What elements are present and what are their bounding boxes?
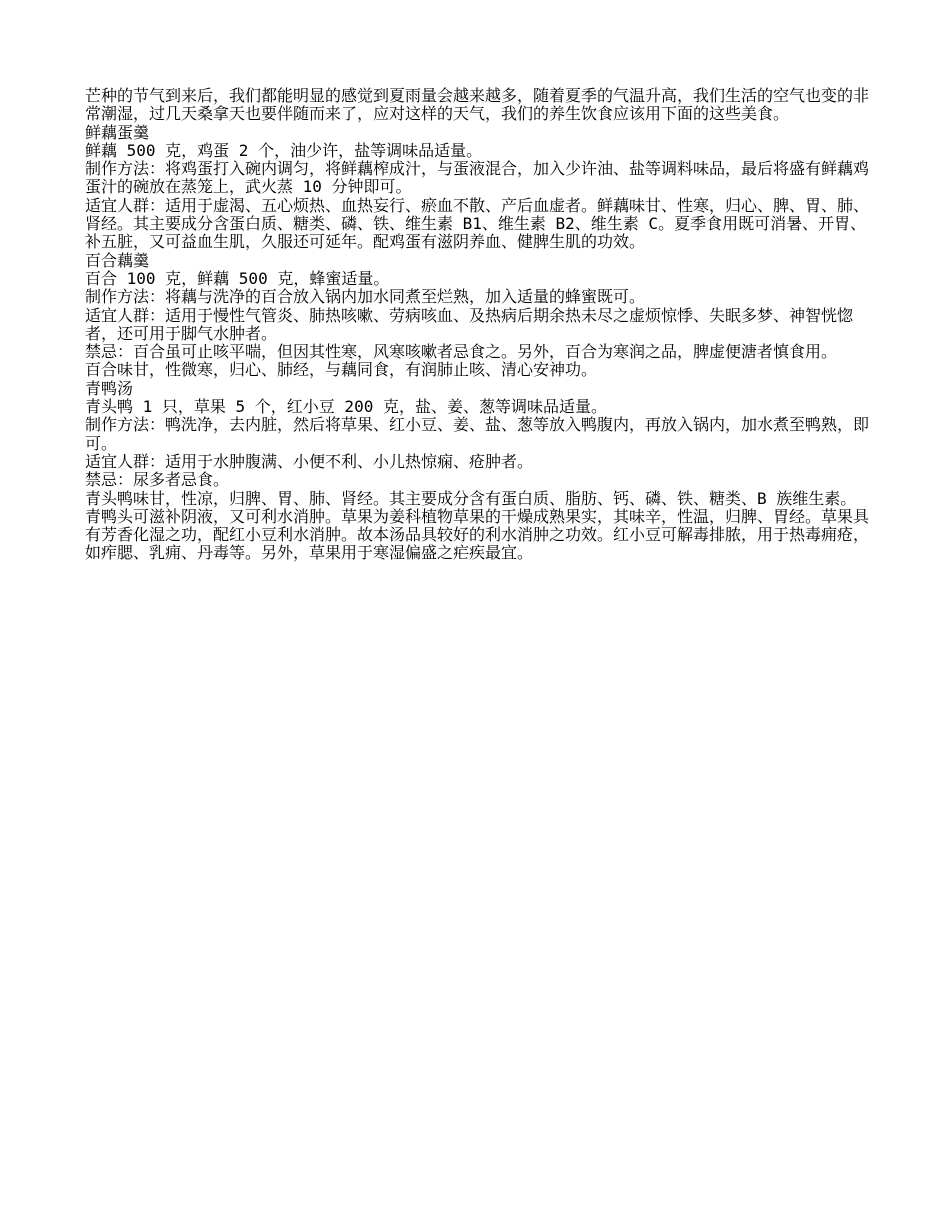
recipe-1-preparation: 制作方法：将鸡蛋打入碗内调匀，将鲜藕榨成汁，与蛋液混合，加入少许油、盐等调料味品… bbox=[85, 160, 869, 197]
recipe-2-notes: 百合味甘，性微寒，归心、肺经，与藕同食，有润肺止咳、清心安神功。 bbox=[85, 361, 869, 379]
recipe-2-taboo: 禁忌：百合虽可止咳平喘，但因其性寒，风寒咳嗽者忌食之。另外，百合为寒润之品，脾虚… bbox=[85, 343, 869, 361]
document-page: 芒种的节气到来后，我们都能明显的感觉到夏雨量会越来越多，随着夏季的气温升高，我们… bbox=[0, 0, 950, 563]
intro-paragraph: 芒种的节气到来后，我们都能明显的感觉到夏雨量会越来越多，随着夏季的气温升高，我们… bbox=[85, 87, 869, 124]
recipe-3-title: 青鸭汤 bbox=[85, 380, 869, 398]
recipe-2-title: 百合藕羹 bbox=[85, 252, 869, 270]
recipe-2-suitable-group: 适宜人群：适用于慢性气管炎、肺热咳嗽、劳病咳血、及热病后期余热未尽之虚烦惊悸、失… bbox=[85, 307, 869, 344]
recipe-3-notes: 青头鸭味甘，性凉，归脾、胃、肺、肾经。其主要成分含有蛋白质、脂肪、钙、磷、铁、糖… bbox=[85, 490, 869, 563]
recipe-1-suitable-group: 适宜人群：适用于虚渴、五心烦热、血热妄行、瘀血不散、产后血虚者。鲜藕味甘、性寒，… bbox=[85, 197, 869, 252]
recipe-2-ingredients: 百合 100 克，鲜藕 500 克，蜂蜜适量。 bbox=[85, 270, 869, 288]
recipe-3-taboo: 禁忌：尿多者忌食。 bbox=[85, 471, 869, 489]
recipe-1-title: 鲜藕蛋羹 bbox=[85, 124, 869, 142]
recipe-1-ingredients: 鲜藕 500 克，鸡蛋 2 个，油少许，盐等调味品适量。 bbox=[85, 142, 869, 160]
recipe-3-ingredients: 青头鸭 1 只，草果 5 个，红小豆 200 克，盐、姜、葱等调味品适量。 bbox=[85, 398, 869, 416]
recipe-3-suitable-group: 适宜人群：适用于水肿腹满、小便不利、小儿热惊痫、疮肿者。 bbox=[85, 453, 869, 471]
recipe-2-preparation: 制作方法：将藕与洗净的百合放入锅内加水同煮至烂熟，加入适量的蜂蜜既可。 bbox=[85, 288, 869, 306]
recipe-3-preparation: 制作方法：鸭洗净，去内脏，然后将草果、红小豆、姜、盐、葱等放入鸭腹内，再放入锅内… bbox=[85, 416, 869, 453]
